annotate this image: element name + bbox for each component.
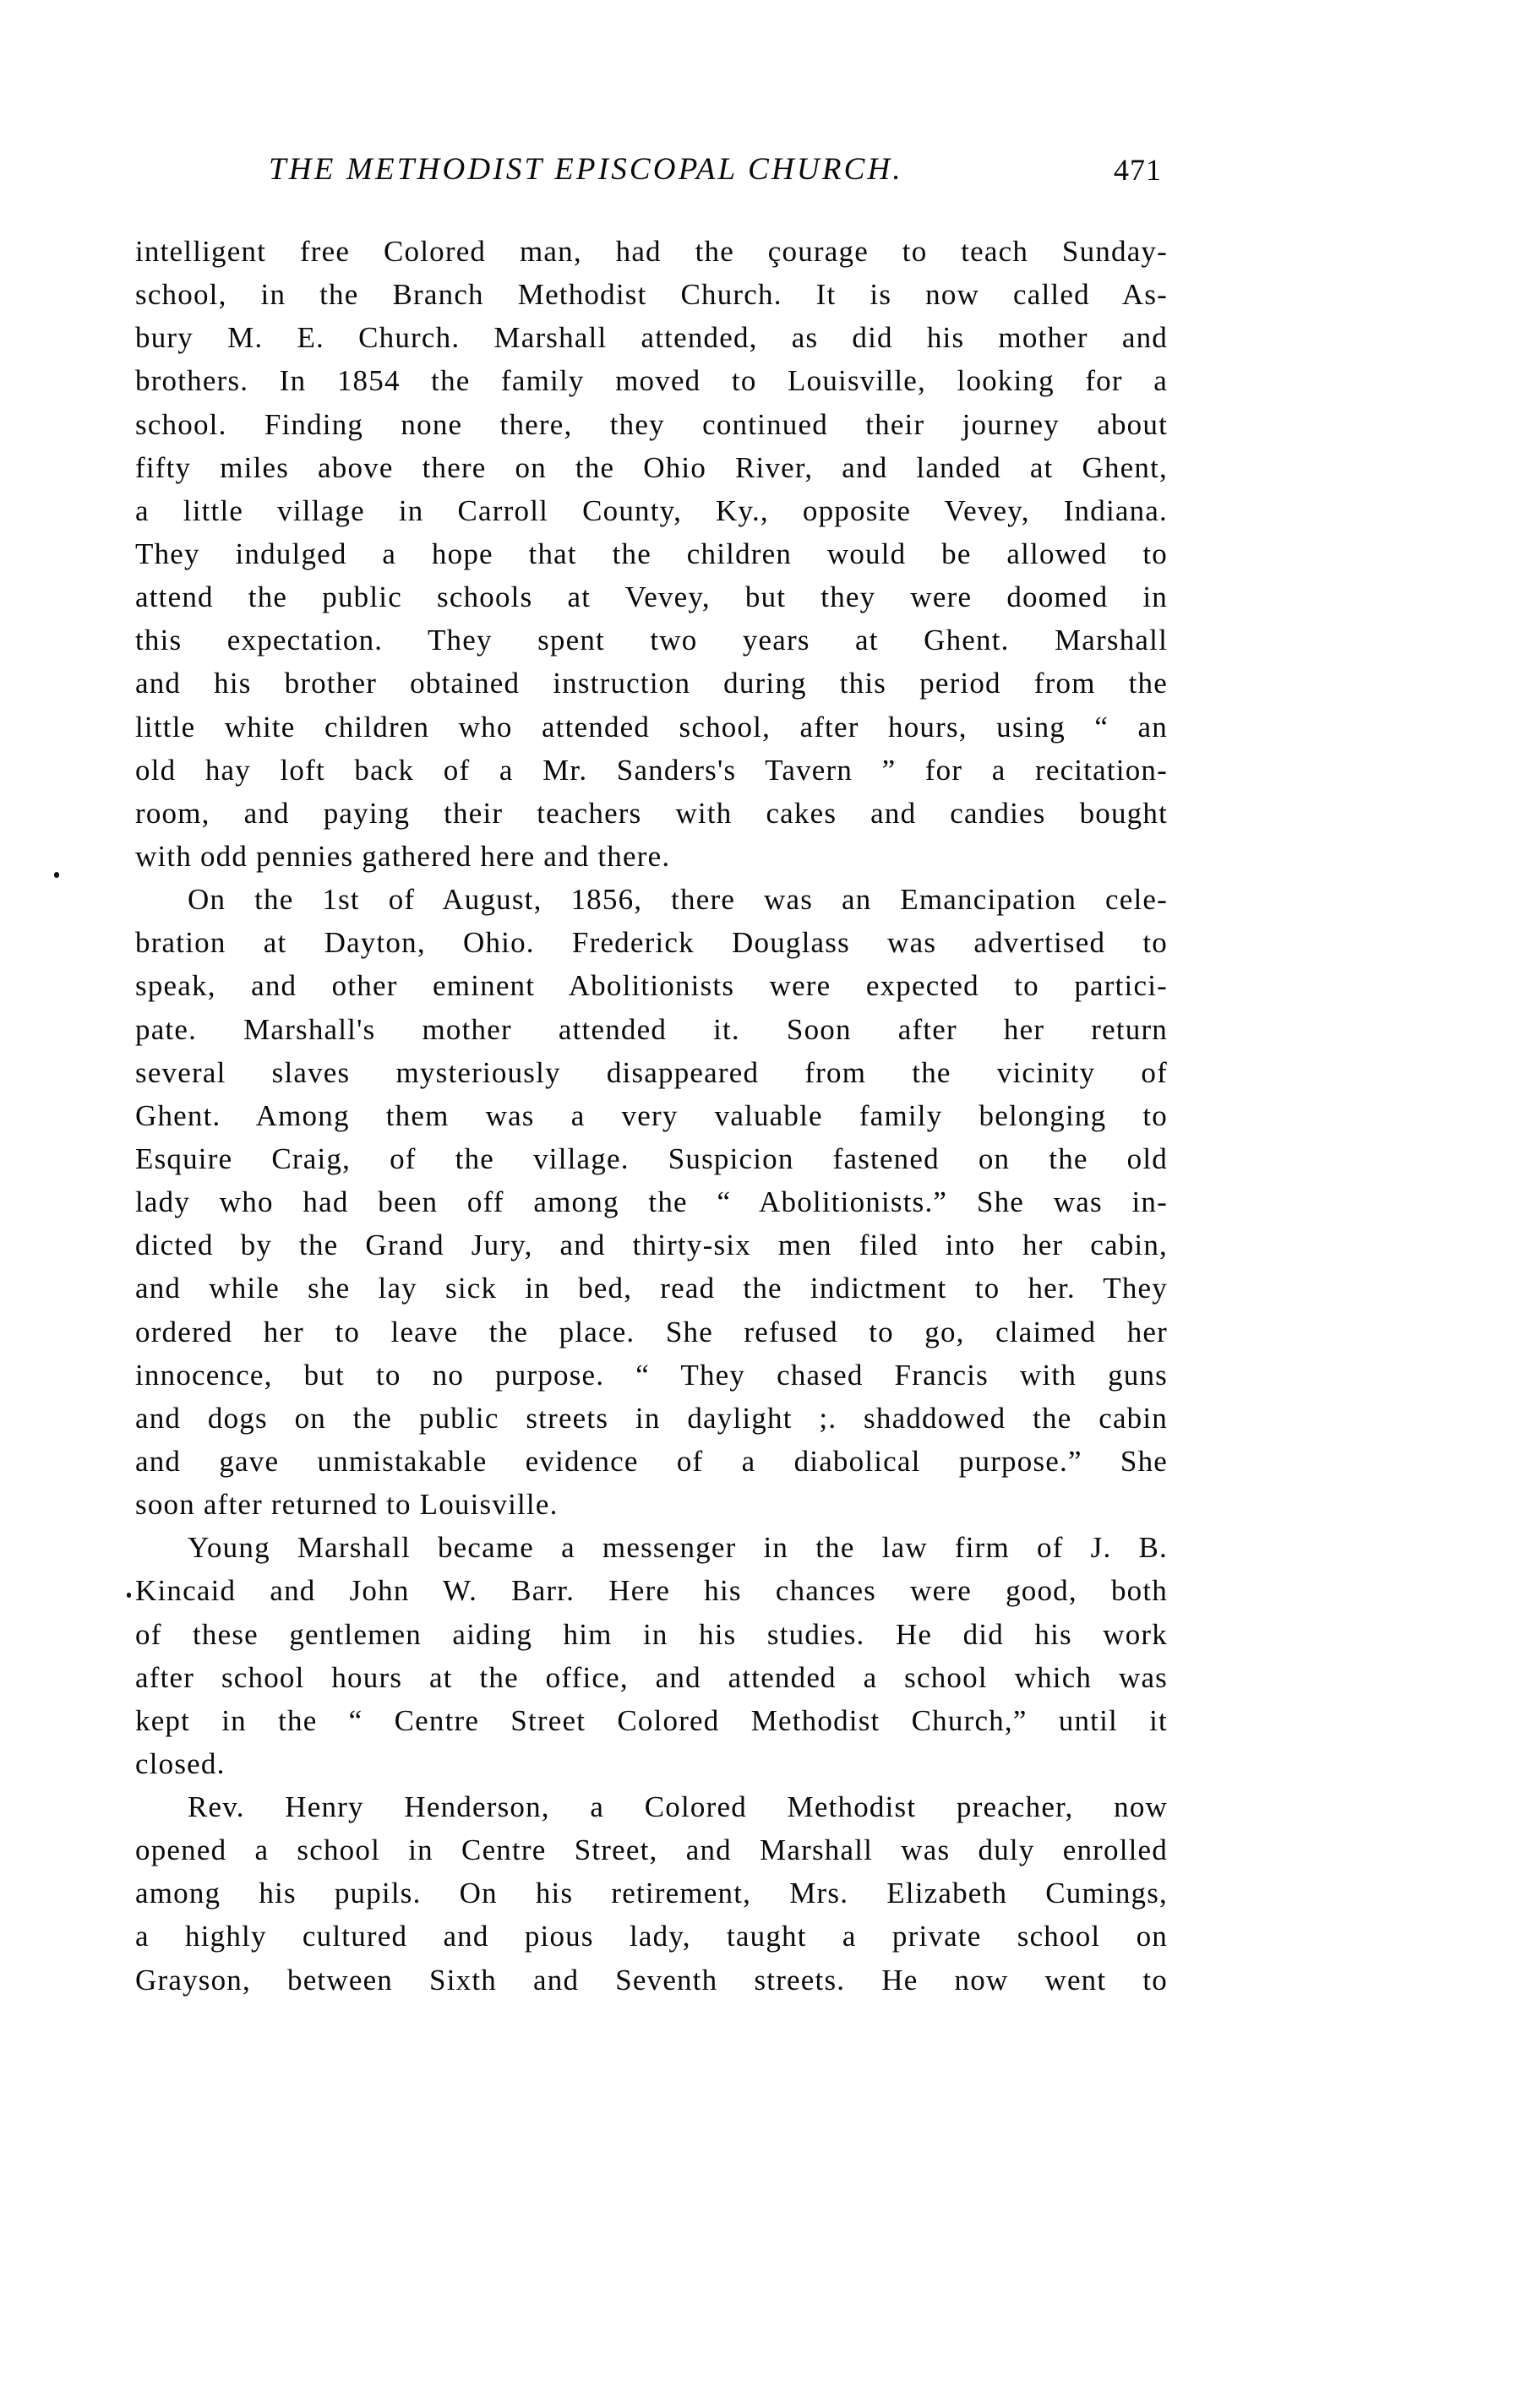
text-line: Kincaid and John W. Barr. Here his chanc… — [135, 1569, 1168, 1612]
text-line: after school hours at the office, and at… — [135, 1656, 1168, 1699]
paragraph: Rev. Henry Henderson, a Colored Methodis… — [135, 1785, 1168, 2002]
text-line: among his pupils. On his retirement, Mrs… — [135, 1871, 1168, 1915]
book-page: THE METHODIST EPISCOPAL CHURCH. 471 inte… — [0, 0, 1521, 2408]
text-line: Rev. Henry Henderson, a Colored Methodis… — [135, 1785, 1168, 1828]
text-line: of these gentlemen aiding him in his stu… — [135, 1613, 1168, 1656]
text-line: and gave unmistakable evidence of a diab… — [135, 1440, 1168, 1483]
text-line: pate. Marshall's mother attended it. Soo… — [135, 1008, 1168, 1051]
text-line: a little village in Carroll County, Ky.,… — [135, 489, 1168, 532]
scan-speck — [54, 872, 59, 878]
text-line: soon after returned to Louisville. — [135, 1483, 1168, 1526]
text-line: with odd pennies gathered here and there… — [135, 835, 1168, 878]
scan-speck — [127, 1593, 131, 1598]
text-line: brothers. In 1854 the family moved to Lo… — [135, 359, 1168, 402]
text-line: bration at Dayton, Ohio. Frederick Dougl… — [135, 921, 1168, 964]
text-line: ordered her to leave the place. She refu… — [135, 1310, 1168, 1354]
text-line: and his brother obtained instruction dur… — [135, 662, 1168, 705]
text-line: intelligent free Colored man, had the ço… — [135, 230, 1168, 273]
text-line: innocence, but to no purpose. “ They cha… — [135, 1354, 1168, 1397]
text-line: Young Marshall became a messenger in the… — [135, 1526, 1168, 1569]
paragraph: intelligent free Colored man, had the ço… — [135, 230, 1168, 878]
text-line: closed. — [135, 1742, 1168, 1785]
text-line: They indulged a hope that the children w… — [135, 532, 1168, 575]
text-line: a highly cultured and pious lady, taught… — [135, 1915, 1168, 1958]
text-line: lady who had been off among the “ Abolit… — [135, 1180, 1168, 1223]
text-line: room, and paying their teachers with cak… — [135, 792, 1168, 835]
text-line: kept in the “ Centre Street Colored Meth… — [135, 1699, 1168, 1742]
text-line: Ghent. Among them was a very valuable fa… — [135, 1094, 1168, 1137]
text-line: On the 1st of August, 1856, there was an… — [135, 878, 1168, 921]
text-line: speak, and other eminent Abolitionists w… — [135, 964, 1168, 1007]
running-head: THE METHODIST EPISCOPAL CHURCH. — [269, 149, 1028, 191]
text-line: old hay loft back of a Mr. Sanders's Tav… — [135, 749, 1168, 792]
paragraph: Young Marshall became a messenger in the… — [135, 1526, 1168, 1785]
text-line: and dogs on the public streets in daylig… — [135, 1397, 1168, 1440]
text-line: bury M. E. Church. Marshall attended, as… — [135, 316, 1168, 359]
text-line: Grayson, between Sixth and Seventh stree… — [135, 1959, 1168, 2002]
text-line: school. Finding none there, they continu… — [135, 403, 1168, 446]
body-text: intelligent free Colored man, had the ço… — [135, 230, 1168, 2002]
text-line: fifty miles above there on the Ohio Rive… — [135, 446, 1168, 489]
text-line: opened a school in Centre Street, and Ma… — [135, 1828, 1168, 1871]
text-line: dicted by the Grand Jury, and thirty-six… — [135, 1223, 1168, 1267]
text-line: attend the public schools at Vevey, but … — [135, 575, 1168, 618]
page-number: 471 — [1114, 149, 1162, 191]
text-line: Esquire Craig, of the village. Suspicion… — [135, 1137, 1168, 1180]
text-line: school, in the Branch Methodist Church. … — [135, 273, 1168, 316]
text-line: little white children who attended schoo… — [135, 706, 1168, 749]
text-line: this expectation. They spent two years a… — [135, 618, 1168, 662]
text-line: and while she lay sick in bed, read the … — [135, 1267, 1168, 1310]
paragraph: On the 1st of August, 1856, there was an… — [135, 878, 1168, 1526]
text-line: several slaves mysteriously disappeared … — [135, 1051, 1168, 1094]
